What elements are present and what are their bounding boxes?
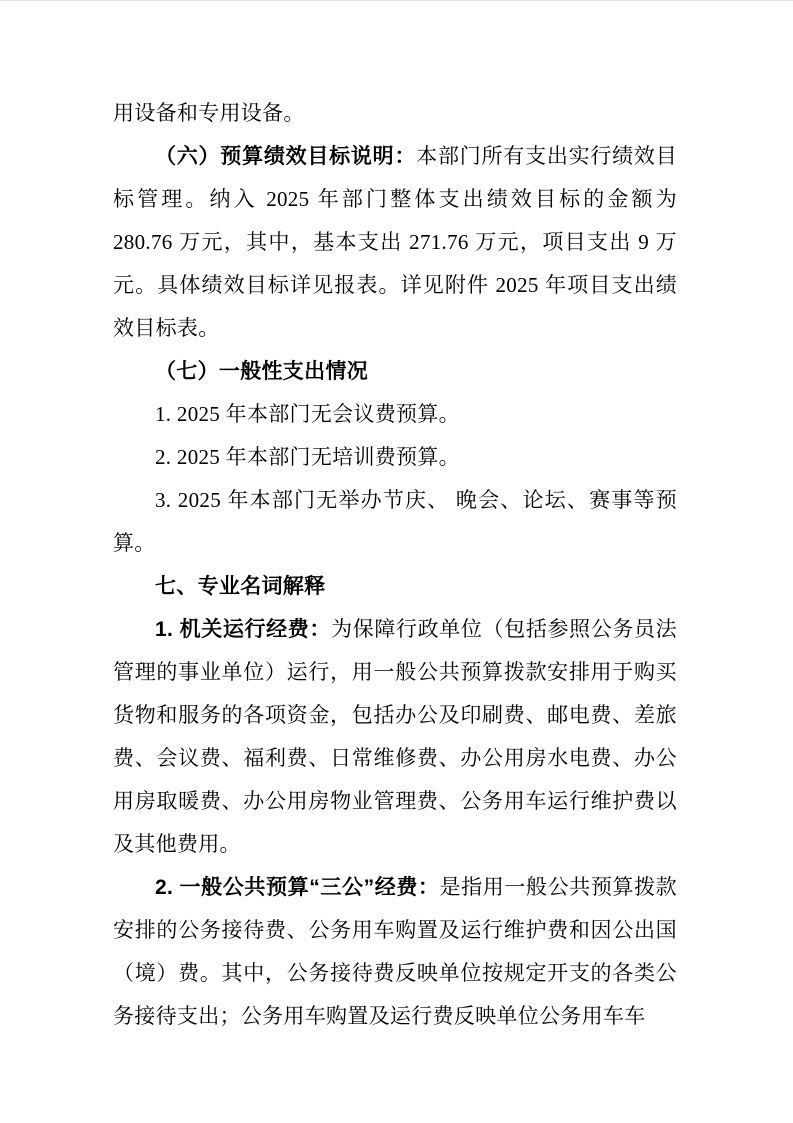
para-agency-operating-funds: 1. 机关运行经费：为保障行政单位（包括参照公务员法管理的事业单位）运行，用一般… (113, 608, 677, 866)
list-item-no-festival-budget: 3. 2025 年本部门无举办节庆、 晚会、论坛、赛事等预算。 (113, 479, 677, 565)
para-agency-operating-funds-text: 为保障行政单位（包括参照公务员法管理的事业单位）运行，用一般公共预算拨款安排用于… (113, 617, 677, 856)
document-page: 用设备和专用设备。 （六）预算绩效目标说明：本部门所有支出实行绩效目标管理。纳入… (0, 0, 793, 1123)
para-budget-performance-goals: （六）预算绩效目标说明：本部门所有支出实行绩效目标管理。纳入 2025 年部门整… (113, 135, 677, 350)
para-continuation: 用设备和专用设备。 (113, 92, 677, 135)
list-item-no-training-budget: 2. 2025 年本部门无培训费预算。 (113, 436, 677, 479)
list-item-no-meeting-budget: 1. 2025 年本部门无会议费预算。 (113, 393, 677, 436)
para-agency-operating-funds-lead: 1. 机关运行经费： (155, 618, 331, 641)
para-three-public-funds: 2. 一般公共预算“三公”经费：是指用一般公共预算拨款安排的公务接待费、公务用车… (113, 866, 677, 1038)
heading-terms-glossary: 七、专业名词解释 (113, 565, 677, 608)
heading-general-expenditure: （七）一般性支出情况 (113, 350, 677, 393)
para-budget-performance-goals-lead: （六）预算绩效目标说明： (155, 145, 416, 168)
document-text-block: 用设备和专用设备。 （六）预算绩效目标说明：本部门所有支出实行绩效目标管理。纳入… (113, 92, 677, 1038)
para-budget-performance-goals-text: 本部门所有支出实行绩效目标管理。纳入 2025 年部门整体支出绩效目标的金额为 … (113, 144, 677, 340)
para-three-public-funds-lead: 2. 一般公共预算“三公”经费： (155, 876, 440, 899)
